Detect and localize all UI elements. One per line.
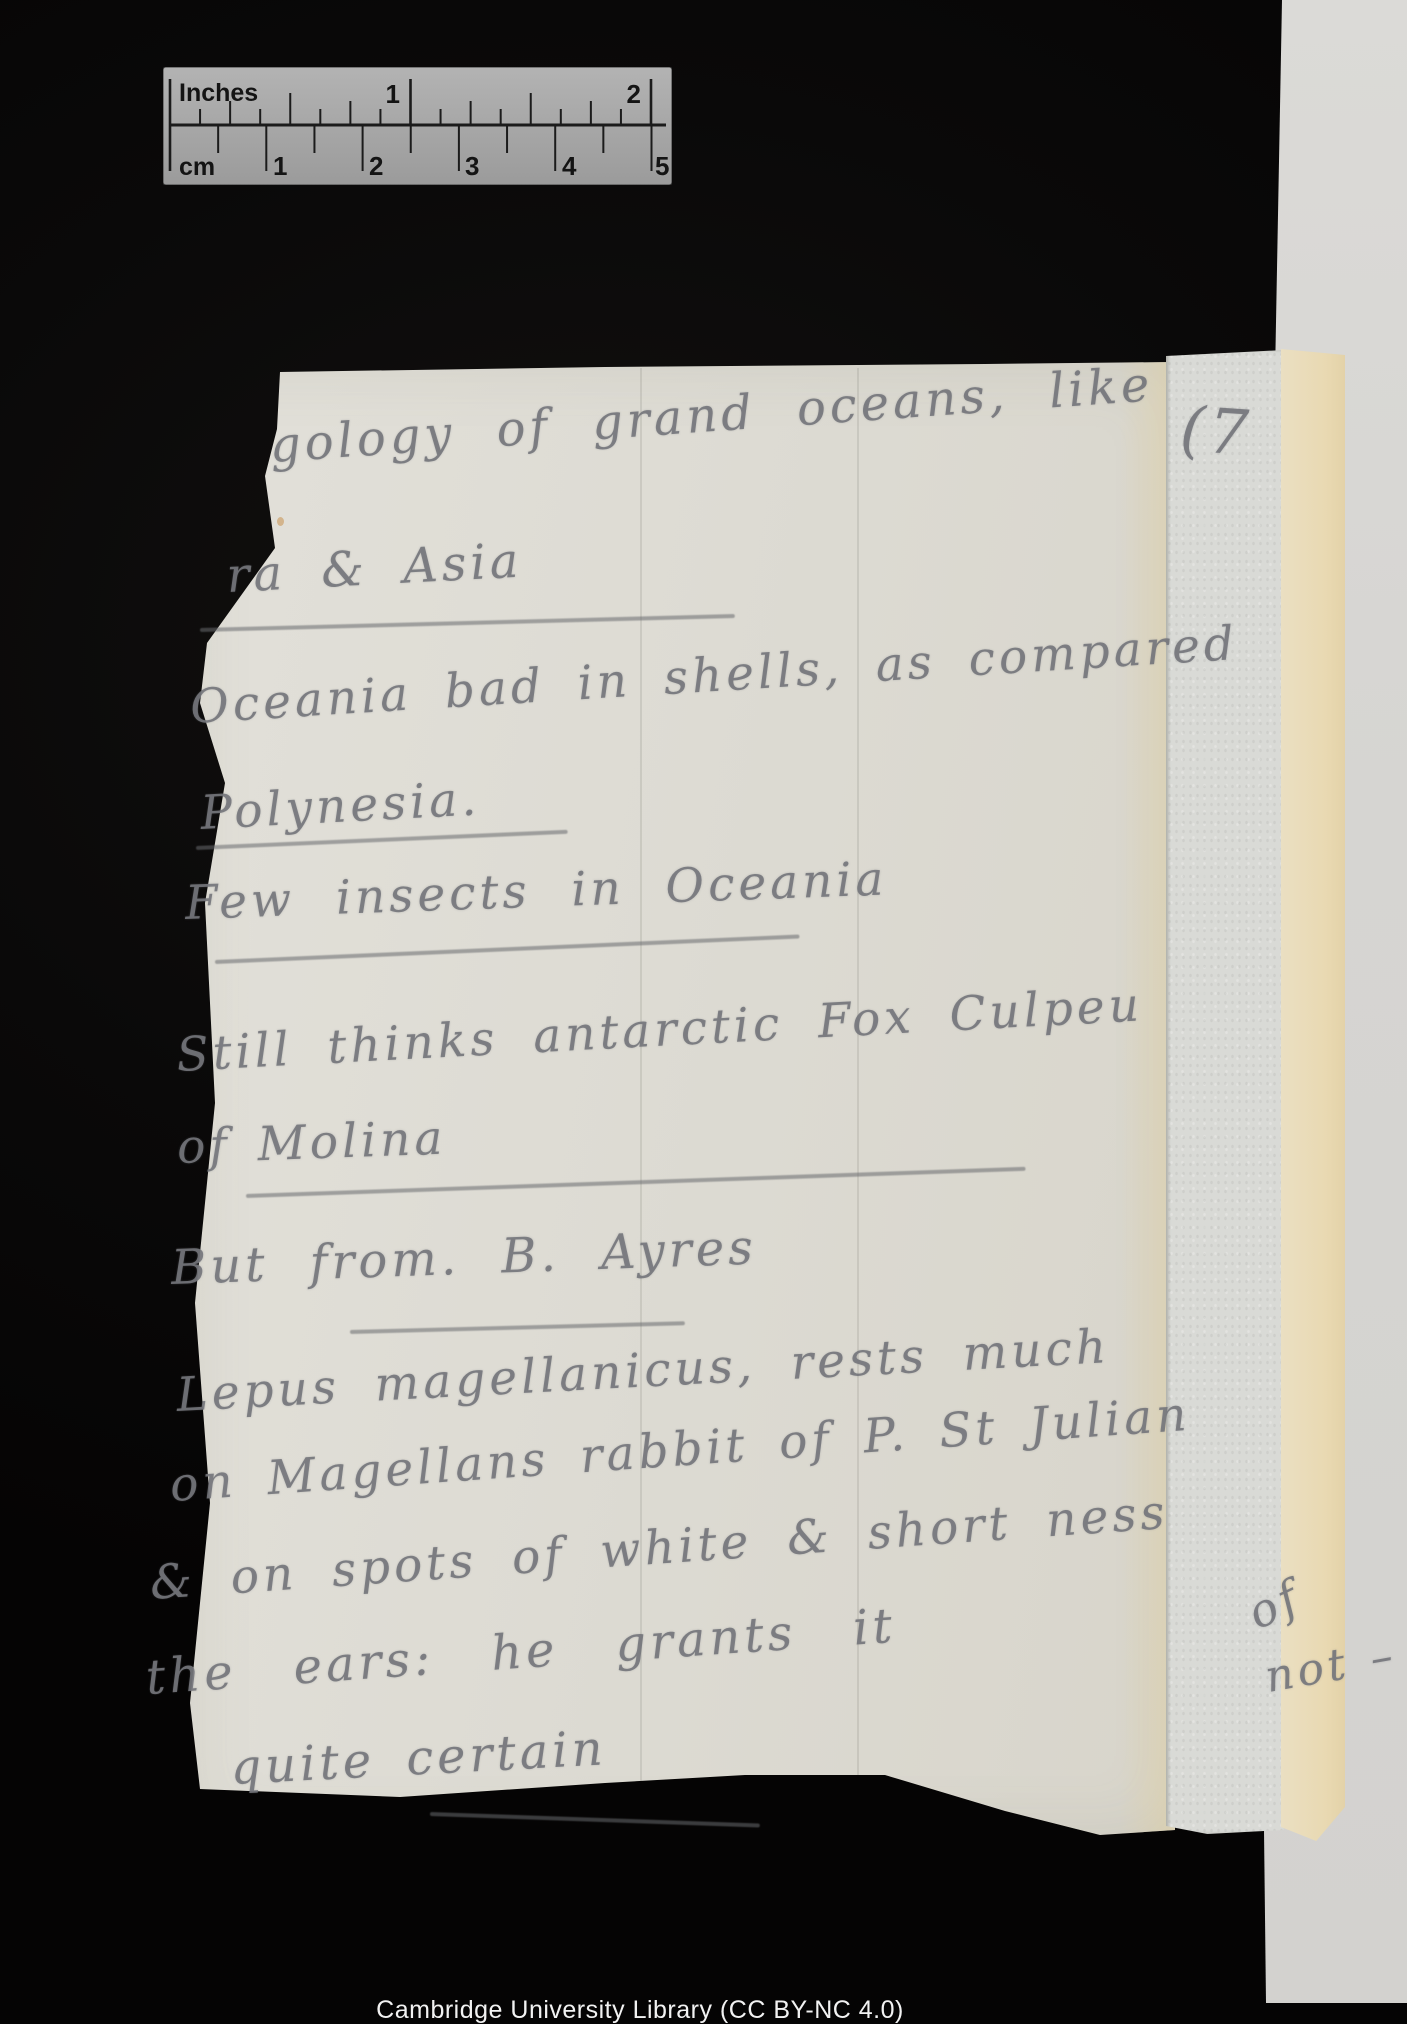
ruler: Inches 1 2 cm 1 2 3 4 5 [163, 67, 672, 185]
ruler-inch-number: 2 [627, 79, 641, 109]
paper-crease [640, 368, 642, 1832]
ruler-cm-number: 1 [273, 151, 287, 181]
ruler-inches-label: Inches [179, 79, 258, 107]
ruler-cm-number: 5 [655, 151, 669, 181]
ruler-cm-number: 4 [562, 151, 577, 181]
caption: Cambridge University Library (CC BY-NC 4… [376, 1996, 904, 2024]
ruler-cm-label: cm [179, 153, 215, 181]
ruler-cm-number: 2 [369, 151, 383, 181]
pencil-underline [430, 1812, 760, 1828]
handwriting-line: (7 [1178, 392, 1255, 470]
handwriting-line: of Molina [176, 1111, 447, 1175]
foxing-spot [277, 517, 284, 526]
photo-stage: gology of grand oceans, likera & AsiaOce… [0, 0, 1407, 2024]
ruler-cm-number: 3 [465, 151, 479, 181]
ruler-inch-number: 1 [386, 79, 400, 109]
